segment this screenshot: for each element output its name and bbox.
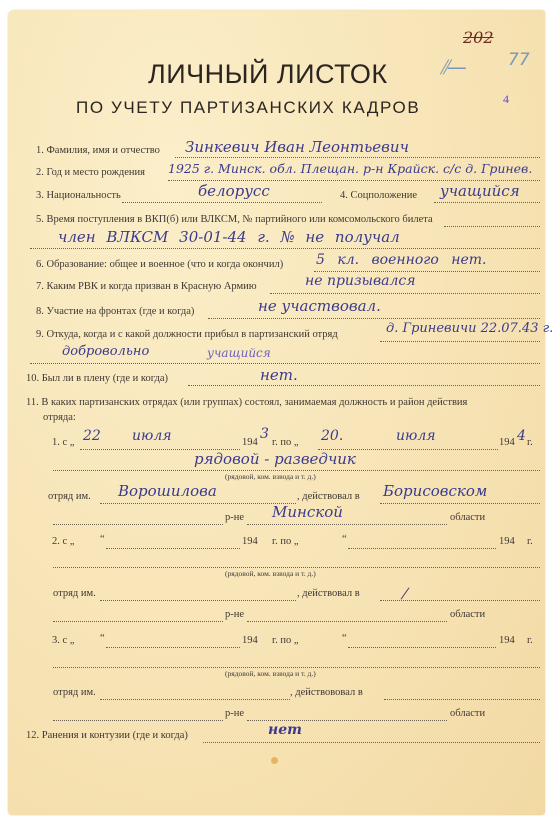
entry-3-region-line	[247, 720, 447, 721]
entry-3-to-line	[348, 647, 496, 648]
entry-2-to-line	[348, 548, 496, 549]
entry-2-acted-label: , действовал в	[297, 588, 360, 599]
paper-stain	[271, 757, 278, 764]
entry-3-detachment-label: отряд им.	[53, 687, 96, 698]
entry-3-district-line	[384, 699, 540, 700]
crossed-archive-number: 202	[463, 28, 494, 47]
field-7-line	[270, 293, 540, 294]
entry-2-rayon-line	[53, 621, 223, 622]
entry-1-district-line	[380, 503, 540, 504]
field-10-line	[188, 385, 540, 386]
entry-1-to-label: г. по „	[272, 437, 299, 448]
entry-3-from-line	[106, 647, 240, 648]
entry-1-position-line	[53, 470, 540, 471]
entry-3-year-prefix-2: 194	[499, 635, 515, 646]
entry-2-num: 2. с „	[52, 536, 74, 547]
field-4-line	[434, 202, 540, 203]
entry-1-year-prefix-2: 194	[499, 437, 515, 448]
field-9-value-line2b: учащийся	[207, 346, 271, 360]
strikethrough-mark: ⫽—	[440, 55, 465, 79]
field-3-label: 3. Национальность	[36, 190, 121, 201]
field-2-value: 1925 г. Минск. обл. Плещан. р-н Крайск. …	[168, 161, 532, 176]
field-1-line	[175, 157, 540, 158]
field-8-label: 8. Участие на фронтах (где и когда)	[36, 306, 194, 317]
entry-2-quote: “	[100, 534, 105, 545]
entry-1-region-line	[247, 524, 447, 525]
field-6-line	[314, 271, 540, 272]
field-10-label: 10. Был ли в плену (где и когда)	[26, 373, 168, 384]
field-9-line-b	[30, 363, 540, 364]
page-number-small: 4	[503, 92, 509, 107]
field-12-line	[203, 742, 540, 743]
field-6-value: 5 кл. военного нет.	[316, 252, 486, 268]
entry-3-num: 3. с „	[52, 635, 74, 646]
archive-number-blue: 77	[508, 50, 530, 70]
entry-3-position-hint: (рядовой, ком. взвода и т. д.)	[225, 669, 316, 678]
field-7-value: не призывался	[305, 273, 416, 289]
entry-1-acted-label: , действовал в	[297, 491, 360, 502]
entry-1-from-month: июля	[132, 428, 172, 444]
entry-1-from-year: 3	[260, 426, 269, 442]
field-2-label: 2. Год и место рождения	[36, 167, 145, 178]
entry-1-detachment: Ворошилова	[118, 482, 217, 500]
field-10-value: нет.	[260, 366, 298, 384]
field-12-value: нет	[268, 722, 302, 738]
field-9-line-a	[380, 341, 540, 342]
entry-3-quote-2: “	[342, 633, 347, 644]
field-5-label: 5. Время поступления в ВКП(б) или ВЛКСМ,…	[36, 214, 433, 225]
entry-1-to-month: июля	[396, 428, 436, 444]
entry-2-quote-2: “	[342, 534, 347, 545]
entry-1-to-year: 4	[517, 428, 526, 444]
entry-2-detachment-label: отряд им.	[53, 588, 96, 599]
entry-1-year-suffix: г.	[527, 437, 533, 448]
field-5-line-b	[30, 248, 540, 249]
entry-1-rayon-label: р-не	[225, 512, 244, 523]
document-subtitle: ПО УЧЕТУ ПАРТИЗАНСКИХ КАДРОВ	[76, 98, 420, 118]
entry-1-detachment-line	[100, 503, 296, 504]
field-2-line	[168, 180, 540, 181]
entry-2-district-line	[380, 600, 540, 601]
entry-1-num: 1. с „	[52, 437, 74, 448]
field-6-label: 6. Образование: общее и военное (что и к…	[36, 259, 283, 270]
entry-2-from-line	[106, 548, 240, 549]
entry-3-quote: “	[100, 633, 105, 644]
field-7-label: 7. Каким РВК и когда призван в Красную А…	[36, 281, 257, 292]
entry-1-position: рядовой - разведчик	[194, 450, 356, 468]
entry-3-rayon-label: р-не	[225, 708, 244, 719]
entry-2-year-suffix: г.	[527, 536, 533, 547]
field-9-label: 9. Откуда, когда и с какой должности при…	[36, 329, 338, 340]
field-5-line-a	[444, 226, 540, 227]
field-11-label-cont: отряда:	[43, 412, 76, 423]
entry-3-rayon-line	[53, 720, 223, 721]
entry-2-region-label: области	[450, 609, 485, 620]
field-1-value: Зинкевич Иван Леонтьевич	[185, 138, 409, 156]
entry-1-position-hint: (рядовой, ком. взвода и т. д.)	[225, 472, 316, 481]
entry-3-year-prefix: 194	[242, 635, 258, 646]
entry-3-to-label: г. по „	[272, 635, 299, 646]
field-9-value-line2a: добровольно	[62, 344, 149, 359]
entry-2-region-line	[247, 621, 447, 622]
field-1-label: 1. Фамилия, имя и отчество	[36, 145, 160, 156]
entry-2-year-prefix: 194	[242, 536, 258, 547]
field-3-value: белорусс	[198, 182, 270, 200]
field-4-label: 4. Соцположение	[340, 190, 417, 201]
field-12-label: 12. Ранения и контузии (где и когда)	[26, 730, 188, 741]
entry-2-position-line	[53, 567, 540, 568]
entry-3-acted-label: , действововал в	[290, 687, 363, 698]
entry-2-position-hint: (рядовой, ком. взвода и т. д.)	[225, 569, 316, 578]
entry-2-detachment-line	[100, 600, 296, 601]
entry-2-year-prefix-2: 194	[499, 536, 515, 547]
entry-3-position-line	[53, 667, 540, 668]
entry-1-year-prefix: 194	[242, 437, 258, 448]
field-8-value: не участвовал.	[258, 297, 381, 315]
field-4-value: учащийся	[440, 182, 520, 200]
field-5-value: член ВЛКСМ 30-01-44 г. № не получал	[58, 228, 400, 246]
entry-2-rayon-label: р-не	[225, 609, 244, 620]
entry-3-detachment-line	[100, 699, 290, 700]
entry-1-region: Минской	[272, 503, 343, 521]
document-title: ЛИЧНЫЙ ЛИСТОК	[148, 59, 388, 90]
field-11-label: 11. В каких партизанских отрядах (или гр…	[26, 397, 467, 408]
entry-1-district: Борисовском	[383, 482, 487, 500]
field-3-line	[122, 202, 322, 203]
field-8-line	[208, 318, 540, 319]
entry-1-from-day: 22	[83, 428, 101, 444]
entry-1-to-day: 20.	[321, 428, 343, 444]
entry-3-year-suffix: г.	[527, 635, 533, 646]
entry-3-region-label: области	[450, 708, 485, 719]
entry-2-to-label: г. по „	[272, 536, 299, 547]
field-9-value-line1: д. Гриневичи 22.07.43 г.	[386, 321, 553, 336]
entry-1-region-label: области	[450, 512, 485, 523]
entry-1-detachment-label: отряд им.	[48, 491, 91, 502]
entry-1-rayon-line	[53, 524, 223, 525]
